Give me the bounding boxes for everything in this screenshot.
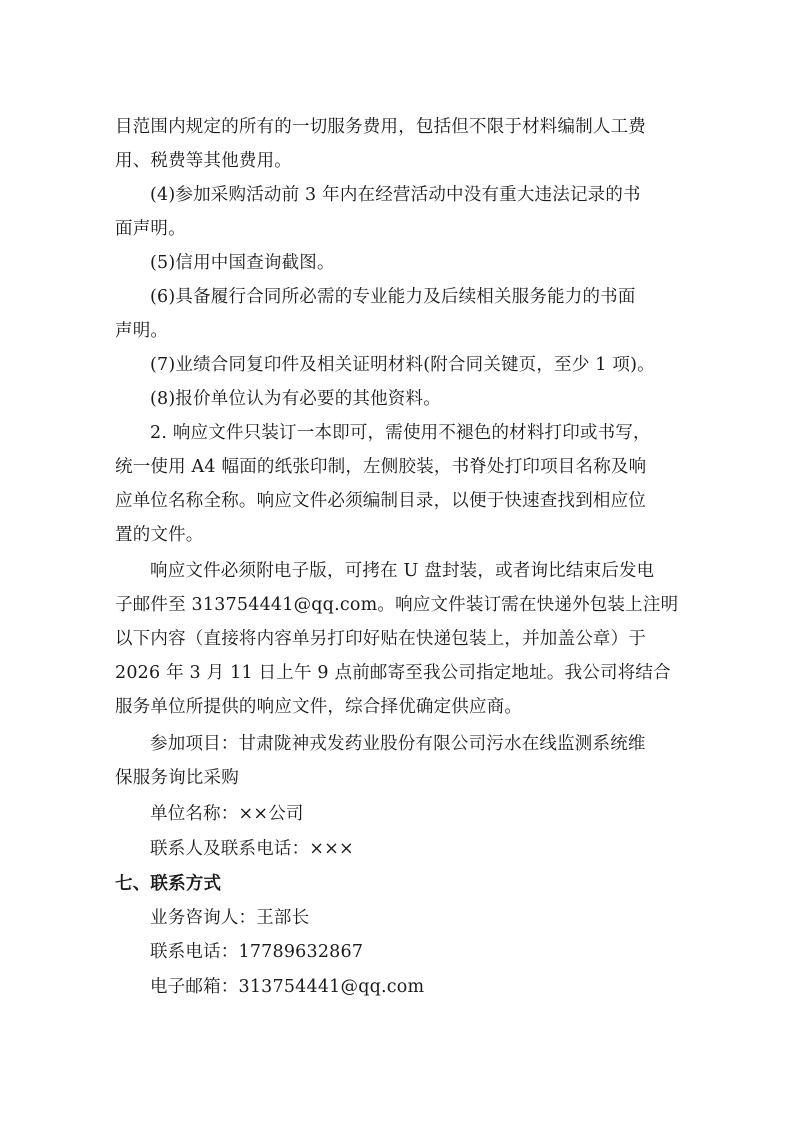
text-line: 响应文件必须附电子版，可拷在 U 盘封装，或者询比结束后发电 [150, 560, 654, 582]
text-line: (7)业绩合同复印件及相关证明材料(附合同关键页，至少 1 项)。 [150, 354, 655, 376]
contact-line: 电子邮箱：313754441@qq.com [150, 976, 424, 998]
contact-line: 联系电话：17789632867 [150, 941, 363, 963]
text-line: 联系人及联系电话：××× [150, 838, 354, 860]
document-page: 目范围内规定的所有的一切服务费用，包括但不限于材料编制人工费用、税费等其他费用。… [0, 0, 793, 1122]
text-line: 服务单位所提供的响应文件，综合择优确定供应商。 [115, 696, 522, 718]
text-line: 统一使用 A4 幅面的纸张印制，左侧胶装，书脊处打印项目名称及响 [115, 456, 646, 478]
text-line: (8)报价单位认为有必要的其他资料。 [150, 388, 441, 410]
contact-line: 业务咨询人：王部长 [150, 907, 309, 929]
text-line: (6)具备履行合同所必需的专业能力及后续相关服务能力的书面 [150, 286, 636, 308]
text-line: 2. 响应文件只装订一本即可，需使用不褪色的材料打印或书写， [150, 422, 651, 444]
text-line: 目范围内规定的所有的一切服务费用，包括但不限于材料编制人工费 [115, 116, 646, 138]
text-line: 参加项目：甘肃陇神戎发药业股份有限公司污水在线监测系统维 [150, 733, 646, 755]
text-line: 保服务询比采购 [115, 767, 239, 789]
text-line: 2026 年 3 月 11 日上午 9 点前邮寄至我公司指定地址。我公司将结合 [115, 662, 671, 684]
text-line: 面声明。 [115, 218, 186, 240]
text-line: (5)信用中国查询截图。 [150, 252, 335, 274]
text-line: 声明。 [115, 320, 168, 342]
text-line: 子邮件至 313754441@qq.com。响应文件装订需在快递外包装上注明 [115, 594, 678, 616]
text-line: 用、税费等其他费用。 [115, 150, 292, 172]
text-line: 单位名称：××公司 [150, 803, 304, 825]
text-line: 置的文件。 [115, 524, 204, 546]
text-line: (4)参加采购活动前 3 年内在经营活动中没有重大违法记录的书 [150, 184, 641, 206]
text-line: 应单位名称全称。响应文件必须编制目录，以便于快速查找到相应位 [115, 490, 646, 512]
text-line: 以下内容（直接将内容单另打印好贴在快递包装上，并加盖公章）于 [115, 628, 646, 650]
section-heading-contact: 七、联系方式 [115, 873, 221, 895]
